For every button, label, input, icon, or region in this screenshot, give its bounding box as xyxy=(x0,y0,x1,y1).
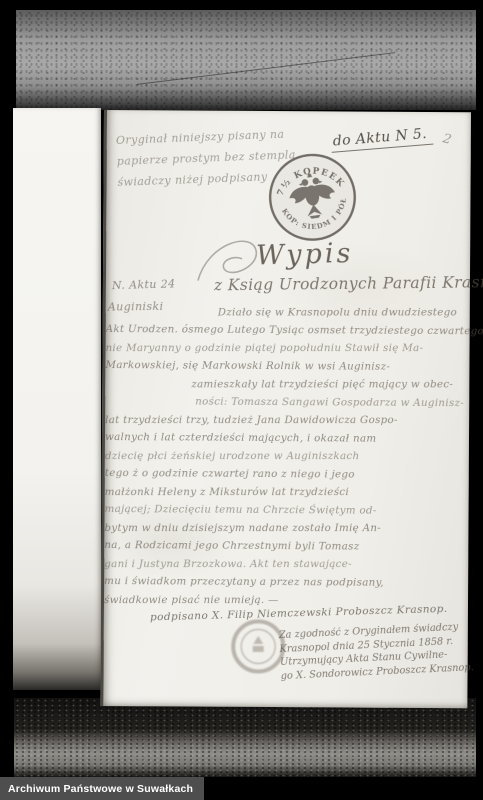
handwriting-line: tego ż o godzinie czwartej rano z niego … xyxy=(105,464,467,484)
certification-block: Za zgodność z Oryginałem świadczy Krasno… xyxy=(279,620,474,683)
parish-seal-icon xyxy=(230,618,287,675)
handwriting-line: ności: Tomasza Sangawi Gospodarza w Augi… xyxy=(195,393,467,413)
handwriting-line: lat trzydzieści trzy, tudzież Jana Dawid… xyxy=(105,411,467,429)
archive-scan-viewer: Oryginał niniejszy pisany na papierze pr… xyxy=(0,0,483,800)
document-subtitle: z Ksiąg Urodzonych Parafii Krasnopol xyxy=(214,273,483,295)
handwriting-line: zamieszkały lat trzydzieści pięć mający … xyxy=(191,375,467,393)
pencil-page-mark: 2 xyxy=(441,131,453,148)
handwriting-line: Działo się w Krasnopolu dniu dwudziesteg… xyxy=(218,303,468,321)
scratch-mark xyxy=(137,52,395,85)
watermark-bar: Archiwum Państwowe w Suwałkach xyxy=(0,777,483,800)
handwriting-line: gani i Justyna Brzozkowa. Akt ten stawaj… xyxy=(104,555,466,573)
handwriting-line: nie Maryanny o godzinie piątej popołudni… xyxy=(106,339,468,357)
handwriting-line: walnych i lat czterdzieści mających, i o… xyxy=(105,428,467,448)
handwriting-line: mu i świadkom przeczytany a przez nas po… xyxy=(104,572,466,592)
handwriting-line: małżonki Heleny z Miksturów lat trzydzie… xyxy=(105,483,467,501)
handwriting-line: bytym w dniu dzisiejszym nadane zostało … xyxy=(104,519,466,537)
handwriting-line: dziecię płci żeńskiej urodzone w Auginis… xyxy=(105,447,467,465)
book-top-edge xyxy=(16,10,476,110)
handwriting-line: Akt Urodzen. ósmego Lutego Tysiąc osmset… xyxy=(106,320,468,340)
underlying-page-edge xyxy=(13,108,101,690)
handwriting-line: mającej; Dziecięciu temu na Chrzcie Świę… xyxy=(105,500,467,520)
handwriting-line: Markowskiej, się Markowski Rolnik w wsi … xyxy=(105,356,467,376)
book-bottom-edge xyxy=(14,698,476,777)
act-body-text: Działo się w Krasnopolu dniu dwudziesteg… xyxy=(104,302,468,610)
document-page: Oryginał niniejszy pisany na papierze pr… xyxy=(100,110,471,708)
archive-name-chip: Archiwum Państwowe w Suwałkach xyxy=(0,777,204,800)
margin-act-number: N. Aktu 24 xyxy=(112,277,176,292)
handwriting-line: na, a Rodzicami jego Chrzestnymi byli To… xyxy=(104,536,466,556)
archive-name-label: Archiwum Państwowe w Suwałkach xyxy=(8,783,193,795)
